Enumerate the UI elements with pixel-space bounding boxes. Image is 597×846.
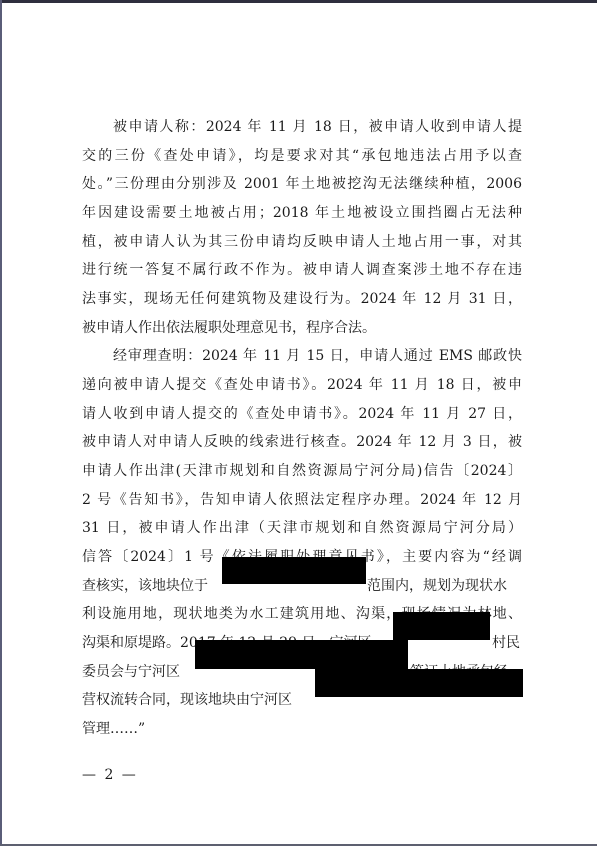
redaction-block bbox=[222, 557, 366, 584]
text-line: 查核实，该地块位于 bbox=[82, 575, 222, 597]
text-line: 递向被申请人提交《查处申请书》。2024 年 11 月 18 日，被申 bbox=[82, 374, 522, 396]
text-line: 被申请人称：2024 年 11 月 18 日，被申请人收到申请人提 bbox=[113, 116, 522, 138]
text-line: 31 日，被申请人作出津（天津市规划和自然资源局宁河分局） bbox=[82, 517, 522, 539]
text-line: 请人收到申请人提交的《查处申请书》。2024 年 11 月 27 日， bbox=[82, 403, 522, 425]
text-line: 申请人作出津(天津市规划和自然资源局宁河分局)信告〔2024〕 bbox=[82, 460, 522, 482]
page-number: — 2 — bbox=[82, 765, 138, 785]
document-page: 被申请人称：2024 年 11 月 18 日，被申请人收到申请人提 交的三份《查… bbox=[0, 0, 597, 846]
window-top-border bbox=[0, 0, 597, 3]
text-line: 被申请人作出依法履职处理意见书，程序合法。 bbox=[82, 317, 376, 339]
redaction-block bbox=[393, 612, 490, 640]
redaction-block bbox=[195, 640, 408, 669]
text-line: 植，被申请人认为其三份申请均反映申请人土地占用一事，对其 bbox=[82, 231, 522, 253]
text-line: 进行统一答复不属行政不作为。被申请人调查案涉土地不存在违 bbox=[82, 259, 522, 281]
text-line: 被申请人对申请人反映的线索进行核查。2024 年 12 月 3 日，被 bbox=[82, 431, 522, 453]
redaction-block bbox=[315, 669, 523, 697]
text-line: 法事实，现场无任何建筑物及建设行为。2024 年 12 月 31 日， bbox=[82, 288, 522, 310]
text-line: 交的三份《查处申请》，均是要求对其“承包地违法占用予以查 bbox=[82, 145, 522, 167]
text-line: 2 号《告知书》，告知申请人依照法定程序办理。2024 年 12 月 bbox=[82, 489, 522, 511]
window-left-border bbox=[0, 0, 2, 846]
text-line: 年因建设需要土地被占用；2018 年土地被设立围挡圈占无法种 bbox=[82, 202, 522, 224]
text-line: 经审理查明：2024 年 11 月 15 日，申请人通过 EMS 邮政快 bbox=[113, 345, 522, 367]
text-line: 村民 bbox=[492, 632, 520, 654]
text-line: 管理……” bbox=[82, 718, 145, 740]
text-line: 委员会与宁河区 bbox=[82, 661, 180, 683]
text-line: 营权流转合同，现该地块由宁河区 bbox=[82, 689, 292, 711]
text-line: 处。”三份理由分别涉及 2001 年土地被挖沟无法继续种植，2006 bbox=[82, 173, 522, 195]
text-line: 范围内，规划为现状水 bbox=[367, 575, 507, 597]
